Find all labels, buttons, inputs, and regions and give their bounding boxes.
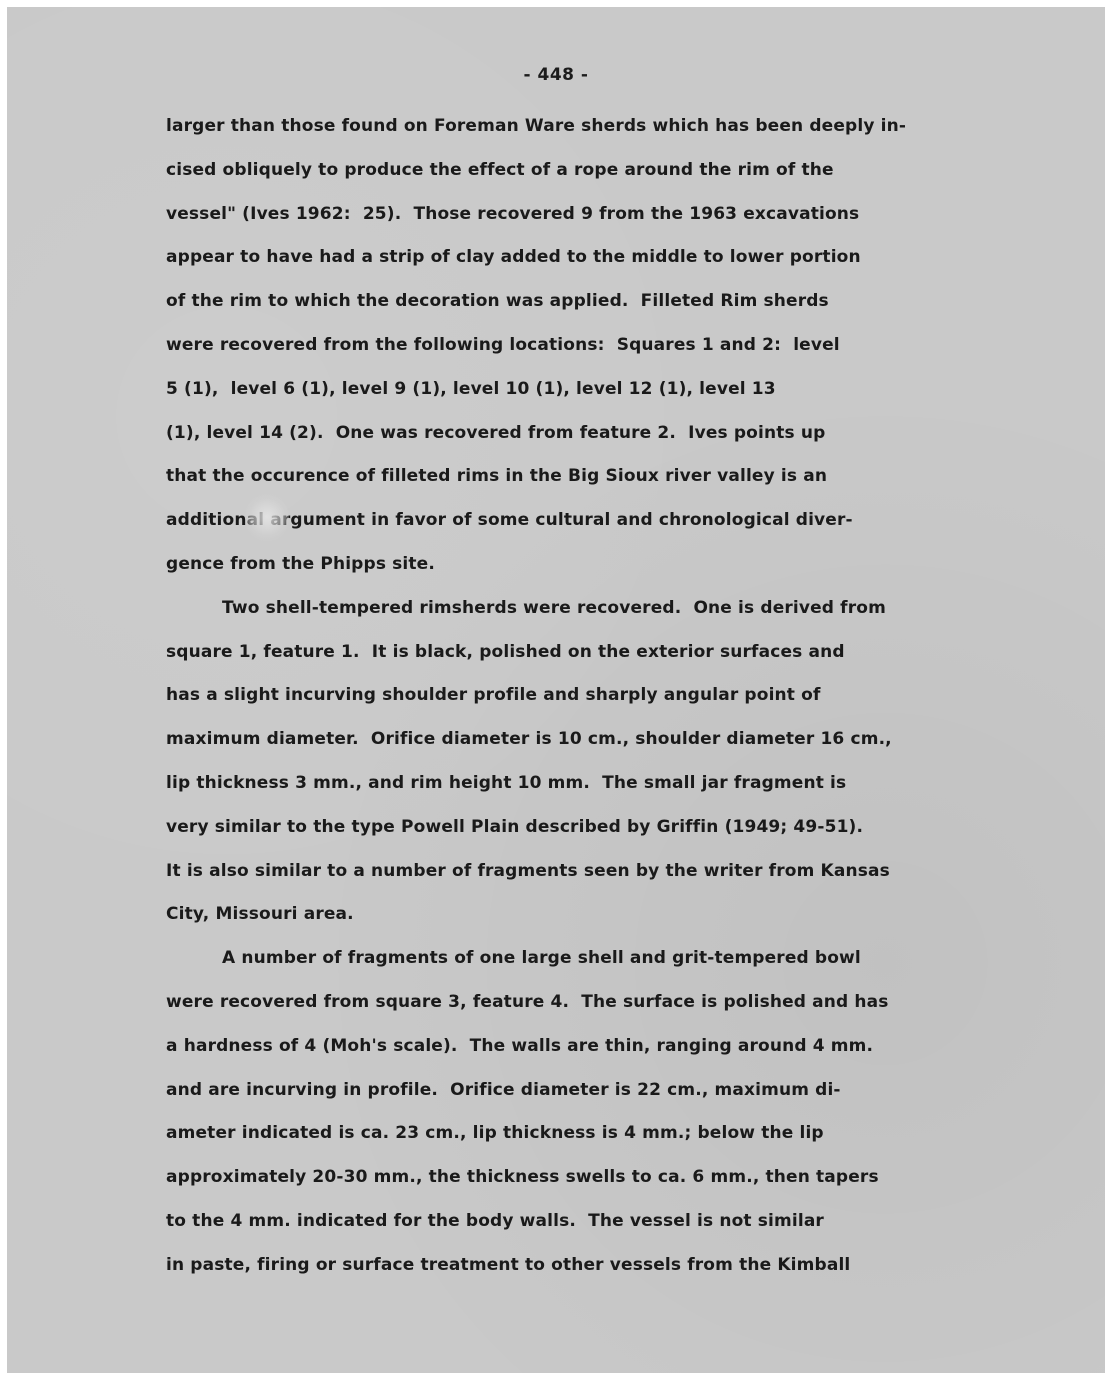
paragraph-1: larger than those found on Foreman Ware … — [166, 105, 1066, 587]
text-line: (1), level 14 (2). One was recovered fro… — [166, 412, 1066, 456]
text-line: to the 4 mm. indicated for the body wall… — [166, 1200, 1066, 1244]
text-line: City, Missouri area. — [166, 893, 1066, 937]
text-line: It is also similar to a number of fragme… — [166, 850, 1066, 894]
text-line: that the occurence of filleted rims in t… — [166, 455, 1066, 499]
text-line: a hardness of 4 (Moh's scale). The walls… — [166, 1025, 1066, 1069]
text-line: vessel" (Ives 1962: 25). Those recovered… — [166, 193, 1066, 237]
text-line: appear to have had a strip of clay added… — [166, 236, 1066, 280]
text-line: maximum diameter. Orifice diameter is 10… — [166, 718, 1066, 762]
scanned-page: - 448 - larger than those found on Forem… — [7, 7, 1105, 1373]
text-line: lip thickness 3 mm., and rim height 10 m… — [166, 762, 1066, 806]
text-line: ameter indicated is ca. 23 cm., lip thic… — [166, 1112, 1066, 1156]
text-line: cised obliquely to produce the effect of… — [166, 149, 1066, 193]
text-line: gence from the Phipps site. — [166, 543, 1066, 587]
text-line: larger than those found on Foreman Ware … — [166, 105, 1066, 149]
text-line-first: Two shell-tempered rimsherds were recove… — [166, 587, 1066, 631]
text-line: in paste, firing or surface treatment to… — [166, 1244, 1066, 1288]
text-line: has a slight incurving shoulder profile … — [166, 674, 1066, 718]
text-line: approximately 20-30 mm., the thickness s… — [166, 1156, 1066, 1200]
text-line: of the rim to which the decoration was a… — [166, 280, 1066, 324]
text-line: 5 (1), level 6 (1), level 9 (1), level 1… — [166, 368, 1066, 412]
text-line: additional argument in favor of some cul… — [166, 499, 1066, 543]
text-line: very similar to the type Powell Plain de… — [166, 806, 1066, 850]
text-line: square 1, feature 1. It is black, polish… — [166, 631, 1066, 675]
text-line: were recovered from the following locati… — [166, 324, 1066, 368]
text-line: were recovered from square 3, feature 4.… — [166, 981, 1066, 1025]
body-text: larger than those found on Foreman Ware … — [166, 105, 1066, 1288]
text-line-first: A number of fragments of one large shell… — [166, 937, 1066, 981]
paragraph-3: A number of fragments of one large shell… — [166, 937, 1066, 1287]
paragraph-2: Two shell-tempered rimsherds were recove… — [166, 587, 1066, 937]
text-line: and are incurving in profile. Orifice di… — [166, 1069, 1066, 1113]
scan-smudge — [245, 492, 289, 542]
page-number: - 448 - — [7, 65, 1105, 85]
